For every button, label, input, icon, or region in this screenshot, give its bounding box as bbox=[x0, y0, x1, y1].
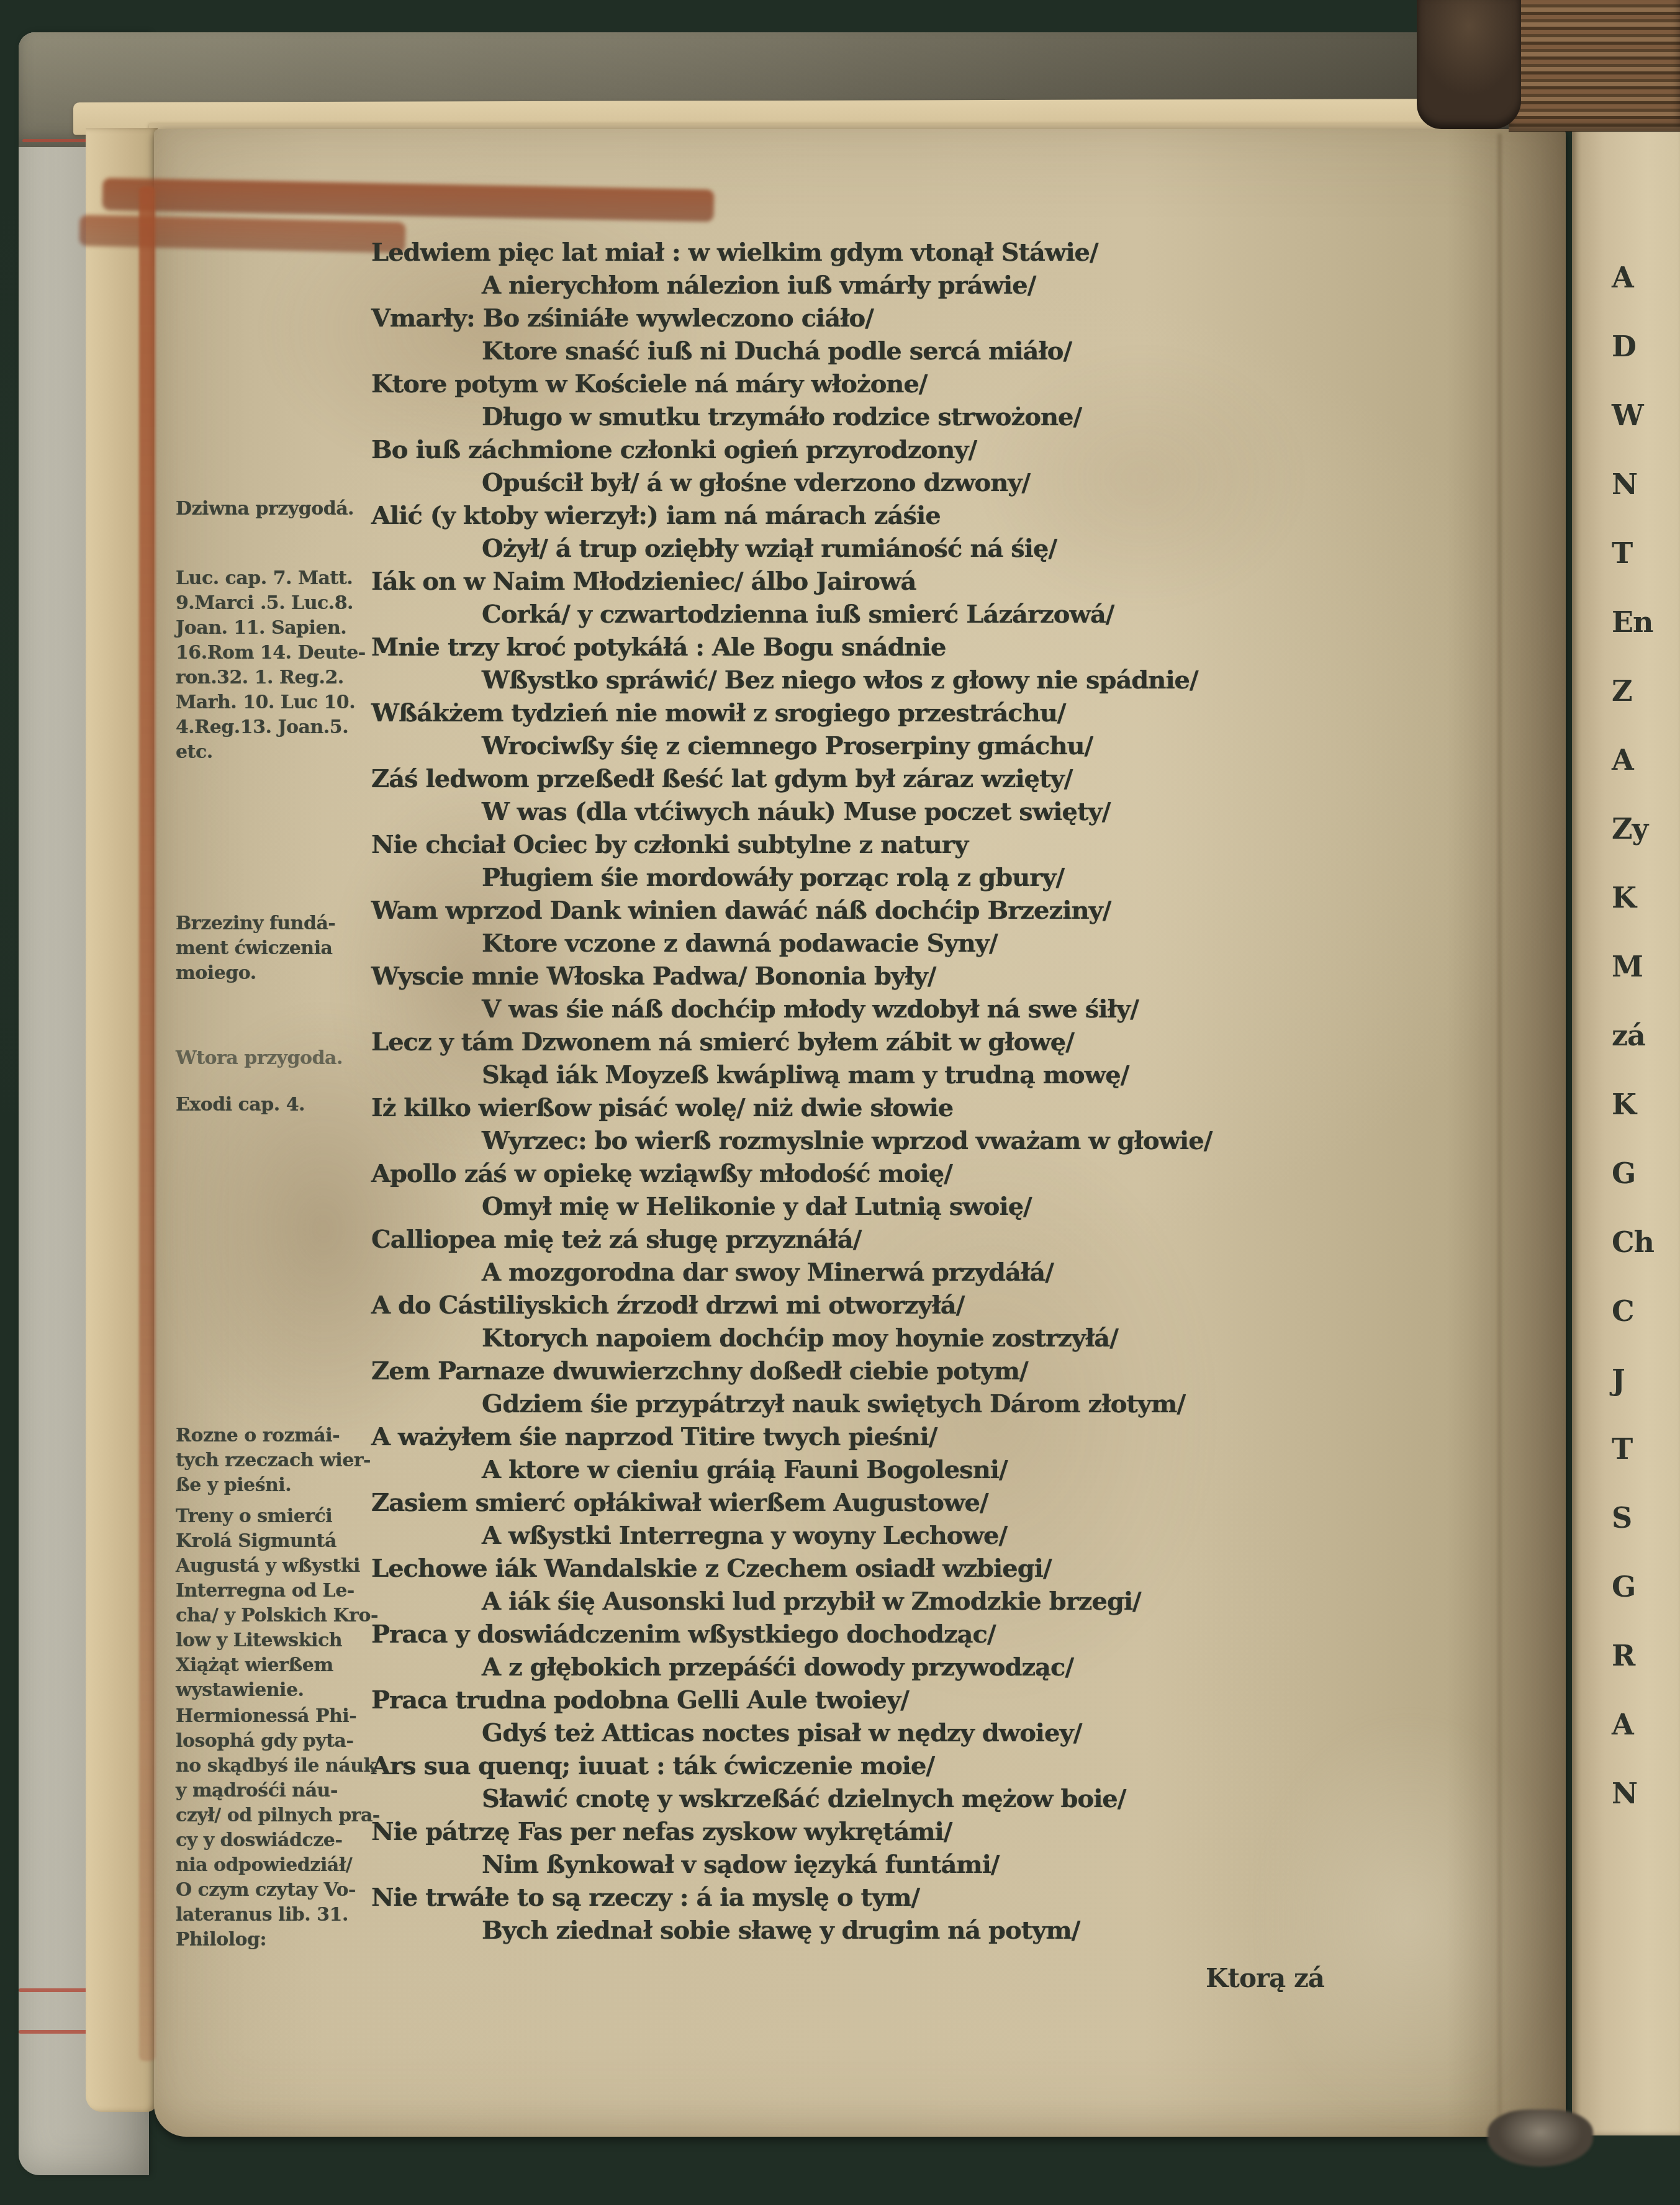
poem-line: Praca trudna podobna Gelli Aule twoiey/ bbox=[371, 1684, 1464, 1716]
poem-line: Praca y doswiádczenim wßystkiego dochodz… bbox=[371, 1618, 1464, 1651]
facing-page-glyph: Ch bbox=[1612, 1208, 1654, 1277]
poem-line: Corká/ y czwartodzienna iuß smierć Lázár… bbox=[371, 598, 1464, 631]
margin-note-hermioness: Hermionessá Phi- losophá gdy pyta- no sk… bbox=[176, 1704, 399, 1952]
poem-line: Bo iuß záchmione członki ogień przyrodzo… bbox=[371, 433, 1464, 466]
gutter-shadow bbox=[1447, 129, 1566, 2137]
poem-line: Pługiem śie mordowáły porząc rolą z gbur… bbox=[371, 861, 1464, 894]
facing-page-glyph: J bbox=[1612, 1346, 1654, 1415]
poem-line: Skąd iák Moyzeß kwápliwą mam y trudną mo… bbox=[371, 1058, 1464, 1091]
cover-red-rule-top bbox=[22, 139, 92, 142]
facing-page-glyph: T bbox=[1612, 519, 1654, 588]
facing-page-glyph: N bbox=[1612, 450, 1654, 519]
poem-line: Iák on w Naim Młodzieniec/ álbo Jairowá bbox=[371, 565, 1464, 598]
poem-line: Ledwiem pięc lat miał : w wielkim gdym v… bbox=[371, 236, 1464, 269]
poem-line: A ważyłem śie naprzod Titire twych pieśn… bbox=[371, 1420, 1464, 1453]
fore-edge-stripes bbox=[1509, 0, 1680, 132]
poem-line: Nie trwáłe to są rzeczy : á ia myslę o t… bbox=[371, 1881, 1464, 1914]
poem-line: A ktore w cieniu gráią Fauni Bogolesni/ bbox=[371, 1453, 1464, 1486]
catchword: Ktorą zá bbox=[1206, 1963, 1324, 1993]
poem-text: Ledwiem pięc lat miał : w wielkim gdym v… bbox=[371, 236, 1464, 1947]
poem-line: Wam wprzod Dank winien dawáć náß dochćip… bbox=[371, 894, 1464, 927]
facing-page-sliver: ADWNTEnZAZyKMzáKGChCJTSGRAN bbox=[1572, 87, 1680, 2135]
poem-line: Zem Parnaze dwuwierzchny doßedł ciebie p… bbox=[371, 1355, 1464, 1387]
poem-line: Wyscie mnie Włoska Padwa/ Bononia były/ bbox=[371, 960, 1464, 993]
poem-line: Zasiem smierć opłákiwał wierßem Augustow… bbox=[371, 1486, 1464, 1519]
poem-line: Wrociwßy śię z ciemnego Proserpiny gmách… bbox=[371, 729, 1464, 762]
poem-line: Ktore potym w Kościele ná máry włożone/ bbox=[371, 367, 1464, 400]
facing-page-glyph: A bbox=[1612, 1690, 1654, 1759]
facing-page-glyph: Zy bbox=[1612, 795, 1654, 864]
poem-line: Lechowe iák Wandalskie z Czechem osiadł … bbox=[371, 1552, 1464, 1585]
poem-line: Opuścił był/ á w głośne vderzono dzwony/ bbox=[371, 466, 1464, 499]
facing-page-glyph: K bbox=[1612, 864, 1654, 932]
facing-page-glyph: En bbox=[1612, 588, 1654, 657]
book-photo-stage: Ledwiem pięc lat miał : w wielkim gdym v… bbox=[0, 0, 1680, 2205]
facing-page-glyph: G bbox=[1612, 1553, 1654, 1621]
poem-line: Omył mię w Helikonie y dał Lutnią swoię/ bbox=[371, 1190, 1464, 1223]
leather-tailband bbox=[1488, 2109, 1593, 2167]
poem-line: Alić (y ktoby wierzył:) iam ná márach zá… bbox=[371, 499, 1464, 532]
poem-line: Ożył/ á trup oziębły wziął rumiáność ná … bbox=[371, 532, 1464, 565]
poem-line: A nierychłom nálezion iuß vmárły práwie/ bbox=[371, 269, 1464, 302]
poem-line: Wyrzec: bo wierß rozmyslnie wprzod vważa… bbox=[371, 1124, 1464, 1157]
poem-line: Długo w smutku trzymáło rodzice strwożon… bbox=[371, 400, 1464, 433]
poem-line: Záś ledwom przeßedł ßeść lat gdym był zá… bbox=[371, 762, 1464, 795]
poem-line: Gdyś też Atticas noctes pisał w nędzy dw… bbox=[371, 1716, 1464, 1749]
margin-note-brzeziny: Brzeziny fundá- ment ćwiczenia moiego. bbox=[176, 911, 399, 986]
facing-page-glyph: zá bbox=[1612, 1001, 1654, 1070]
facing-page-glyph: A bbox=[1612, 243, 1654, 312]
poem-line: Mnie trzy kroć potykáłá : Ale Bogu snádn… bbox=[371, 631, 1464, 664]
facing-page-glyph: D bbox=[1612, 312, 1654, 381]
poem-line: A z głębokich przepáśći dowody przywodzą… bbox=[371, 1651, 1464, 1684]
facing-page-glyph: G bbox=[1612, 1139, 1654, 1208]
poem-line: Bych ziednał sobie sławę y drugim ná pot… bbox=[371, 1914, 1464, 1947]
poem-line: Lecz y tám Dzwonem ná smierć byłem zábit… bbox=[371, 1026, 1464, 1058]
facing-page-glyph: M bbox=[1612, 932, 1654, 1001]
page-crease bbox=[1497, 133, 1502, 2132]
poem-line: Vmarły: Bo zśiniáłe wywleczono ciáło/ bbox=[371, 302, 1464, 335]
poem-line: Sławić cnotę y wskrzeßáć dzielnych mężow… bbox=[371, 1782, 1464, 1815]
facing-page-glyph: S bbox=[1612, 1484, 1654, 1553]
facing-page-glyph: N bbox=[1612, 1759, 1654, 1828]
poem-line: Nim ßynkował v sądow ięzyká funtámi/ bbox=[371, 1848, 1464, 1881]
poem-line: Wßákżem tydzień nie mowił z srogiego prz… bbox=[371, 697, 1464, 729]
facing-page-glyph: T bbox=[1612, 1415, 1654, 1484]
red-edge-line-left bbox=[139, 186, 155, 2061]
poem-line: Ktore snaść iuß ni Duchá podle sercá miá… bbox=[371, 335, 1464, 367]
margin-note-rozne: Rozne o rozmái- tych rzeczach wier- ße y… bbox=[176, 1423, 399, 1498]
poem-line: Nie pátrzę Fas per nefas zyskow wykrętám… bbox=[371, 1815, 1464, 1848]
poem-line: Calliopea mię też zá sługę przyznáłá/ bbox=[371, 1223, 1464, 1256]
margin-note-wtora-przygoda: Wtora przygoda. bbox=[176, 1046, 399, 1071]
poem-line: Ars sua quenq; iuuat : ták ćwiczenie moi… bbox=[371, 1749, 1464, 1782]
facing-page-glyph: K bbox=[1612, 1070, 1654, 1139]
margin-note-bible-references: Luc. cap. 7. Matt. 9.Marci .5. Luc.8. Jo… bbox=[176, 566, 399, 765]
poem-line: W was (dla vtćiwych náuk) Muse poczet sw… bbox=[371, 795, 1464, 828]
facing-page-glyph: R bbox=[1612, 1621, 1654, 1690]
poem-line: Apollo záś w opiekę wziąwßy młodość moię… bbox=[371, 1157, 1464, 1190]
poem-line: Nie chciał Ociec by członki subtylne z n… bbox=[371, 828, 1464, 861]
facing-page-glyph: Z bbox=[1612, 657, 1654, 726]
poem-line: A wßystki Interregna y woyny Lechowe/ bbox=[371, 1519, 1464, 1552]
poem-line: Iż kilko wierßow pisáć wolę/ niż dwie sł… bbox=[371, 1091, 1464, 1124]
poem-line: Gdziem śie przypátrzył nauk swiętych Dár… bbox=[371, 1387, 1464, 1420]
poem-line: A mozgorodna dar swoy Minerwá przydáłá/ bbox=[371, 1256, 1464, 1289]
poem-line: Wßystko spráwić/ Bez niego włos z głowy … bbox=[371, 664, 1464, 697]
margin-note-exodi: Exodi cap. 4. bbox=[176, 1093, 399, 1117]
leather-headcap bbox=[1417, 0, 1521, 129]
facing-page-glyph-column: ADWNTEnZAZyKMzáKGChCJTSGRAN bbox=[1612, 243, 1654, 1828]
margin-note-treny: Treny o smierći Krolá Sigmuntá Augustá y… bbox=[176, 1504, 399, 1703]
poem-line: V was śie náß dochćip młody wzdobył ná s… bbox=[371, 993, 1464, 1026]
poem-line: Ktore vczone z dawná podawacie Syny/ bbox=[371, 927, 1464, 960]
poem-line: Ktorych napoiem dochćip moy hoynie zostr… bbox=[371, 1322, 1464, 1355]
poem-line: A do Cástiliyskich źrzodł drzwi mi otwor… bbox=[371, 1289, 1464, 1322]
facing-page-glyph: A bbox=[1612, 726, 1654, 795]
margin-note-dziwna-przygoda: Dziwna przygodá. bbox=[176, 497, 399, 521]
facing-page-glyph: W bbox=[1612, 381, 1654, 450]
poem-line: A iák śię Ausonski lud przybił w Zmodzki… bbox=[371, 1585, 1464, 1618]
facing-page-glyph: C bbox=[1612, 1277, 1654, 1346]
